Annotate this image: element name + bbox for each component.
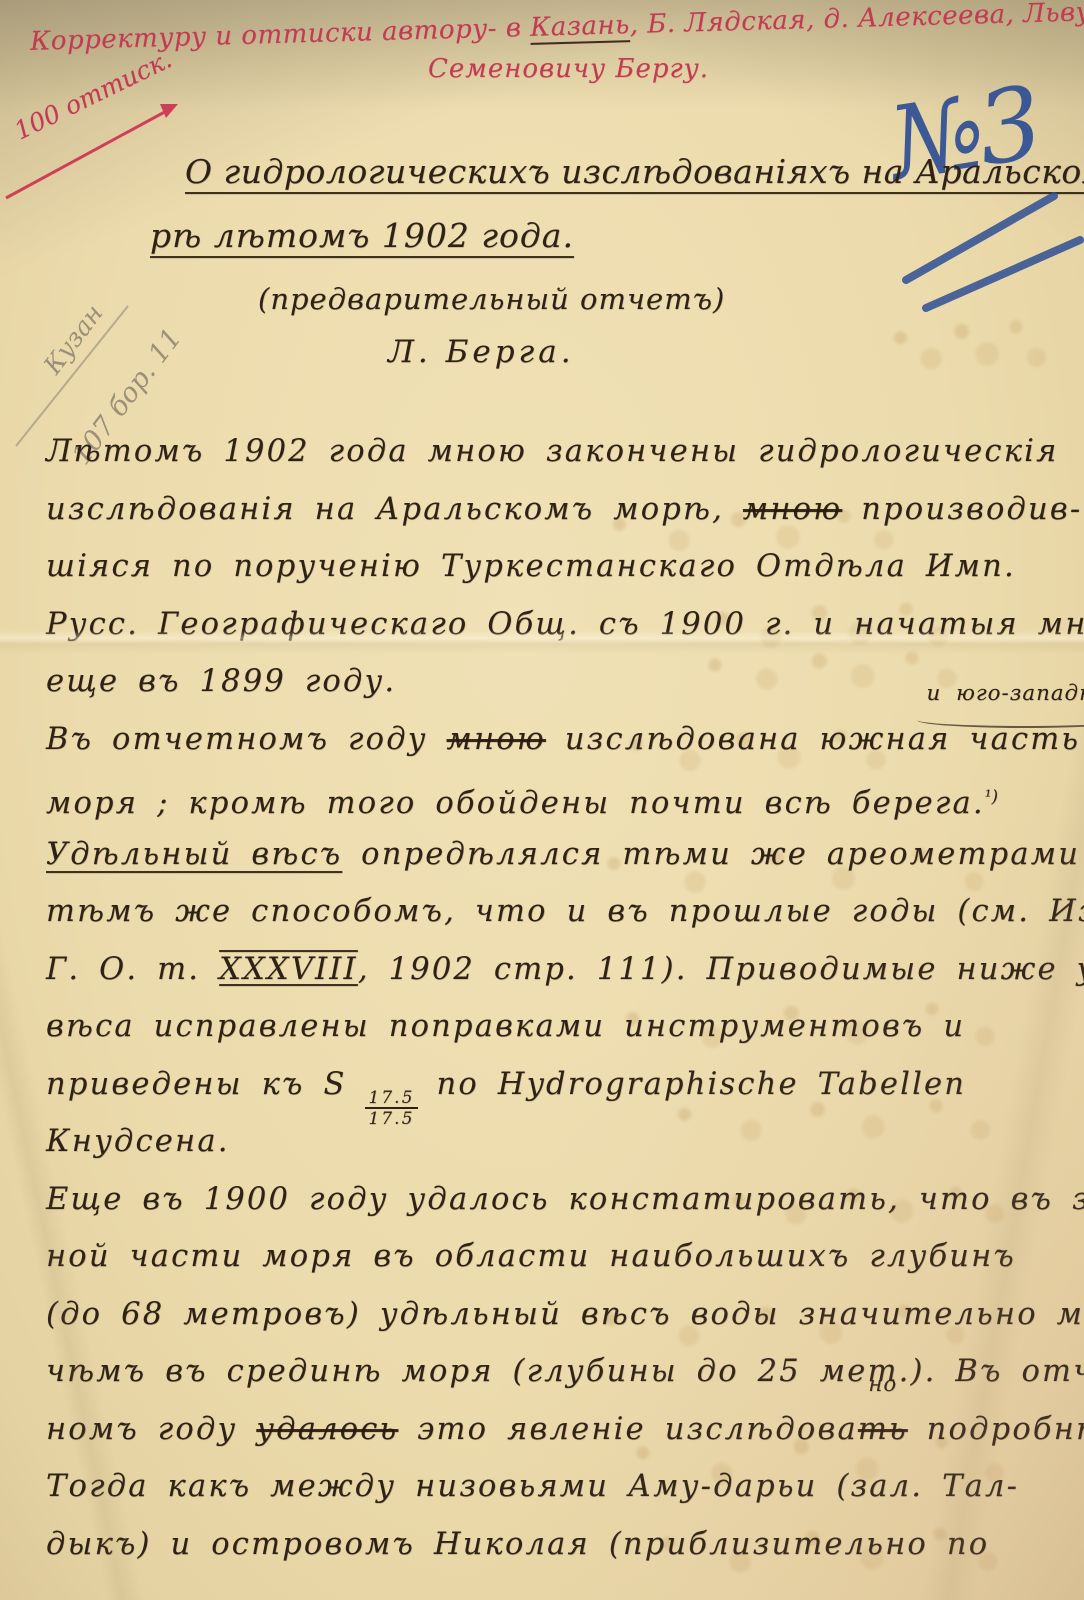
manuscript-line: Г. О. т. XXXVIII, 1902 стр. 111). Привод… [46, 941, 1056, 999]
title-line1: О гидрологическихъ изслѣдованіяхъ на Ара… [185, 152, 1084, 191]
manuscript-page: Корректуру и оттиски автору- в Казань, Б… [0, 0, 1084, 1600]
manuscript-line: еще въ 1899 году. [46, 653, 1056, 711]
manuscript-line: Кнудсена. [46, 1113, 1056, 1171]
red-dispatch-note-line2: Семеновичу Бергу. [428, 54, 709, 84]
manuscript-line: Тогда какъ между низовьями Аму-дарьи (за… [46, 1458, 1056, 1516]
blue-underline-stroke-1 [906, 196, 1054, 280]
red-arrow-head [160, 104, 178, 118]
red-print-run-note: 100 оттиск. [10, 44, 177, 145]
manuscript-line: (до 68 метровъ) удѣльный вѣсъ воды значи… [46, 1286, 1056, 1344]
manuscript-line: Русс. Географическаго Общ. съ 1900 г. и … [46, 596, 1056, 654]
manuscript-line: номъ году удалось это явленіе изслѣдован… [46, 1401, 1056, 1459]
manuscript-line: вѣса исправлены поправками инструментовъ… [46, 998, 1056, 1056]
pencil-archival-note-line1: Кузан [38, 299, 109, 379]
manuscript-line: Удѣльный вѣсъ опредѣлялся тѣми же ареоме… [46, 826, 1056, 884]
manuscript-line: чѣмъ въ срединѣ моря (глубины до 25 мет.… [46, 1343, 1056, 1401]
blue-underline-stroke-2 [926, 240, 1080, 308]
stain [880, 300, 1050, 390]
title-line2: рѣ лѣтомъ 1902 года. [150, 216, 574, 255]
manuscript-line: моря ; кромѣ того обойдены почти всѣ бер… [46, 768, 1056, 826]
manuscript-line: приведены къ S 17.517.5 по Hydrographisc… [46, 1056, 1056, 1114]
manuscript-line: Еще въ 1900 году удалось констатировать,… [46, 1171, 1056, 1229]
manuscript-body: Лѣтомъ 1902 года мною закончены гидролог… [46, 423, 1056, 1573]
manuscript-line: дыкъ) и островомъ Николая (приблизительн… [46, 1516, 1056, 1574]
manuscript-line: шіяся по порученію Туркестанскаго Отдѣла… [46, 538, 1056, 596]
manuscript-line: изслѣдованія на Аральскомъ морѣ, мною пр… [46, 481, 1056, 539]
manuscript-line: Лѣтомъ 1902 года мною закончены гидролог… [46, 423, 1056, 481]
title-subtitle: (предварительный отчетъ) [258, 282, 725, 316]
title-author: Л. Берга. [388, 334, 575, 370]
red-dispatch-note-line1: Корректуру и оттиски автору- в Казань, Б… [30, 0, 1084, 57]
manuscript-line: тѣмъ же способомъ, что и въ прошлые годы… [46, 883, 1056, 941]
manuscript-line: ной части моря въ области наибольшихъ гл… [46, 1228, 1056, 1286]
manuscript-line: Въ отчетномъ году мною изслѣдована южная… [46, 711, 1056, 769]
